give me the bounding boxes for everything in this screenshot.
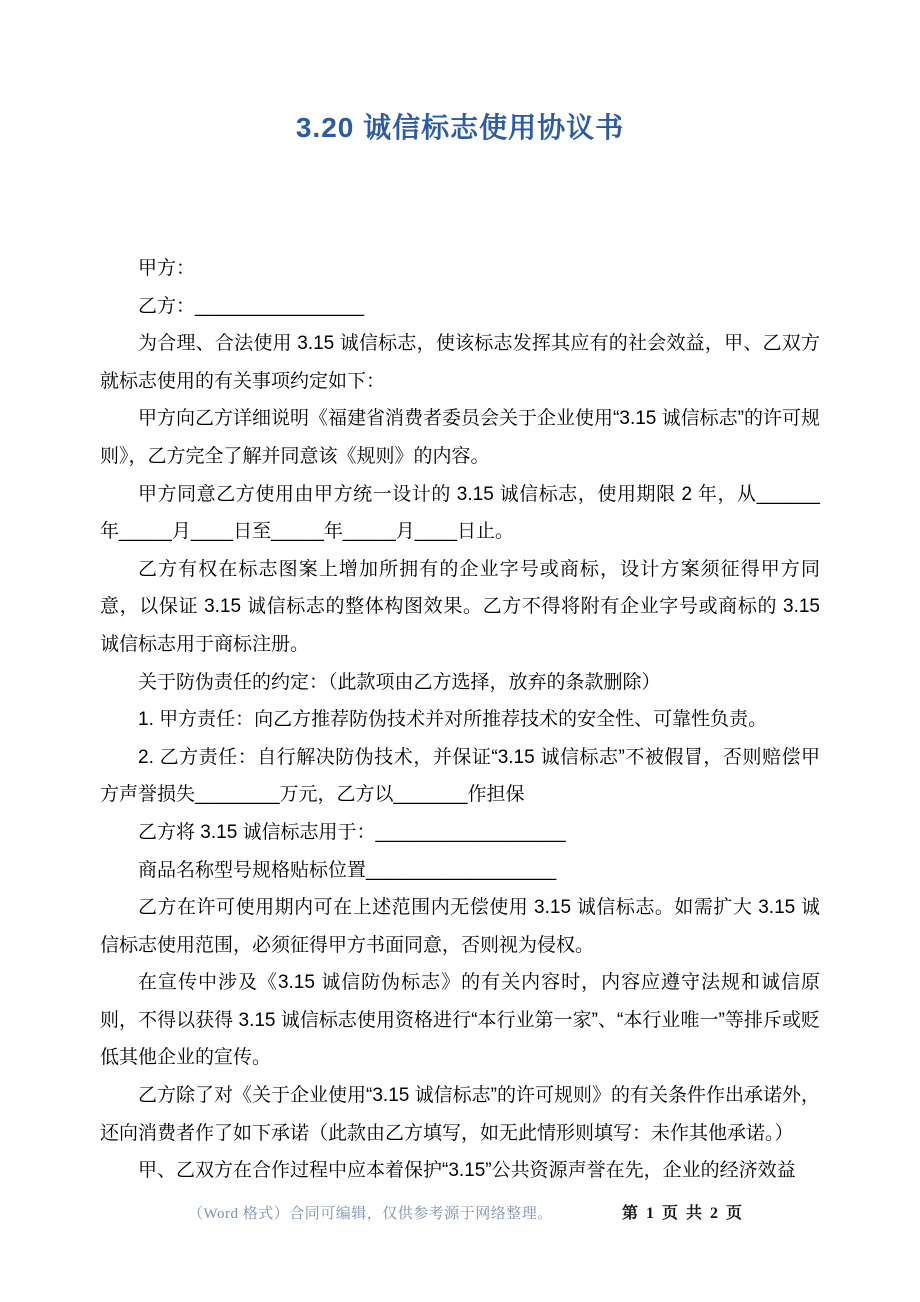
footer-note: （Word 格式）合同可编辑，仅供参考源于网络整理。: [188, 1202, 553, 1223]
document-title: 3.20 诚信标志使用协议书: [0, 0, 920, 146]
document-body: 甲方： 乙方：________________ 为合理、合法使用 3.15 诚信…: [100, 250, 820, 1190]
paragraph-party-a: 甲方：: [100, 250, 820, 288]
paragraph: 乙方有权在标志图案上增加所拥有的企业字号或商标，设计方案须征得甲方同意，以保证 …: [100, 551, 820, 664]
paragraph: 甲方同意乙方使用由甲方统一设计的 3.15 诚信标志，使用期限 2 年，从___…: [100, 476, 820, 551]
paragraph: 乙方除了对《关于企业使用“3.15 诚信标志”的许可规则》的有关条件作出承诺外，…: [100, 1077, 820, 1152]
paragraph: 关于防伪责任的约定：（此款项由乙方选择，放弃的条款删除）: [100, 664, 820, 702]
paragraph-item-1: 1. 甲方责任：向乙方推荐防伪技术并对所推荐技术的安全性、可靠性负责。: [100, 701, 820, 739]
paragraph: 在宣传中涉及《3.15 诚信防伪标志》的有关内容时，内容应遵守法规和诚信原则，不…: [100, 964, 820, 1077]
paragraph: 甲方向乙方详细说明《福建省消费者委员会关于企业使用“3.15 诚信标志”的许可规…: [100, 400, 820, 475]
paragraph-party-b: 乙方：________________: [100, 288, 820, 326]
paragraph: 甲、乙双方在合作过程中应本着保护“3.15”公共资源声誉在先，企业的经济效益: [100, 1152, 820, 1190]
paragraph-item-2: 2. 乙方责任：自行解决防伪技术，并保证“3.15 诚信标志”不被假冒，否则赔偿…: [100, 739, 820, 814]
paragraph: 商品名称型号规格贴标位置__________________: [100, 852, 820, 890]
paragraph: 为合理、合法使用 3.15 诚信标志，使该标志发挥其应有的社会效益，甲、乙双方就…: [100, 325, 820, 400]
document-page: 3.20 诚信标志使用协议书 甲方： 乙方：________________ 为…: [0, 0, 920, 1302]
page-number: 第 1 页 共 2 页: [622, 1200, 744, 1223]
paragraph: 乙方将 3.15 诚信标志用于：__________________: [100, 814, 820, 852]
paragraph: 乙方在许可使用期内可在上述范围内无偿使用 3.15 诚信标志。如需扩大 3.15…: [100, 889, 820, 964]
